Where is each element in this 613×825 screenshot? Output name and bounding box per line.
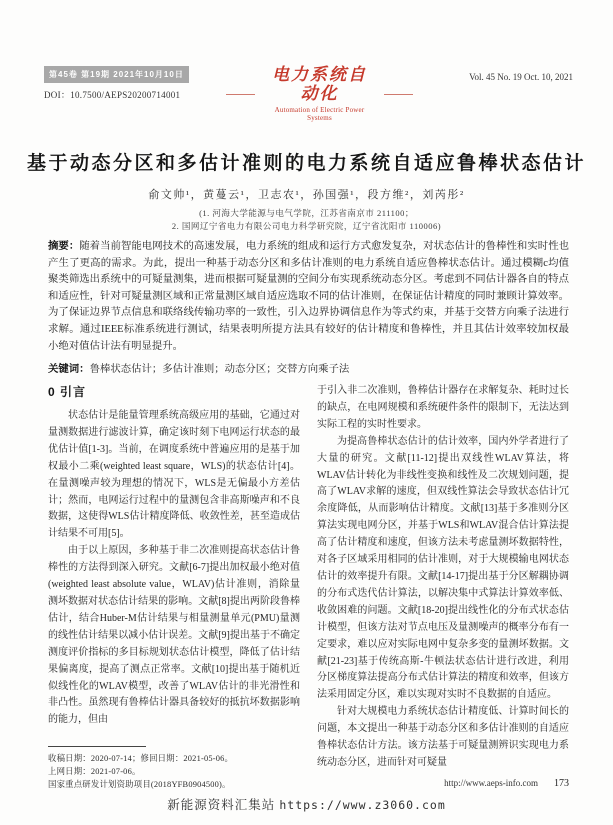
abstract-paragraph: 摘要：随着当前智能电网技术的高速发展，电力系统的组成和运行方式愈发复杂，对状态估… (48, 239, 569, 355)
journal-title-en: Automation of Electric Power Systems (263, 106, 376, 122)
journal-masthead: 电力系统自动化 Automation of Electric Power Sys… (226, 66, 413, 122)
footnote-funding: 国家重点研发计划资助项目(2018YFB0904500)。 (48, 778, 300, 791)
body-paragraph: 为提高鲁棒状态估计的估计效率，国内外学者进行了大量的研究。文献[11-12]提出… (317, 434, 569, 705)
body-columns: 0 引言 状态估计是能量管理系统高级应用的基础，它通过对量测数据进行滤波计算，确… (48, 383, 569, 791)
abstract-label: 摘要： (48, 241, 79, 252)
affiliation-2: 2. 国网辽宁省电力有限公司电力科学研究院，辽宁省沈阳市 110006) (0, 220, 613, 232)
keywords-text: 鲁棒状态估计；多估计准则；动态分区；交替方向乘子法 (90, 364, 350, 375)
abstract-block: 摘要：随着当前智能电网技术的高速发展，电力系统的组成和运行方式愈发复杂，对状态估… (48, 239, 569, 379)
journal-header: 第45卷 第19期 2021年10月10日 DOI：10.7500/AEPS20… (44, 64, 573, 122)
volume-info: Vol. 45 No. 19 Oct. 10, 2021 (413, 72, 573, 82)
footnote-block: 收稿日期：2020-07-14；修回日期：2021-05-06。 上网日期：20… (48, 746, 300, 791)
body-paragraph: 于引入非二次准则，鲁棒估计器存在求解复杂、耗时过长的缺点，在电网规模和系统硬件条… (317, 383, 569, 434)
footnote-online-date: 上网日期：2021-07-06。 (48, 765, 300, 778)
author-list: 俞文帅¹，黄蔓云¹，卫志农¹，孙国强¹，段方维²，刘芮彤² (0, 186, 613, 202)
watermark-url-link[interactable]: https://www.z3060.com (279, 798, 445, 812)
masthead-rule-left (226, 94, 255, 95)
journal-title-cn: 电力系统自动化 (263, 66, 376, 103)
footnote-rule (48, 746, 146, 747)
keywords-line: 关键词：鲁棒状态估计；多估计准则；动态分区；交替方向乘子法 (48, 362, 569, 379)
keywords-label: 关键词： (48, 364, 90, 375)
journal-url-link[interactable]: http://www.aeps-info.com (444, 778, 538, 788)
abstract-text: 随着当前智能电网技术的高速发展，电力系统的组成和运行方式愈发复杂，对状态估计的鲁… (48, 241, 569, 352)
paper-page: 第45卷 第19期 2021年10月10日 DOI：10.7500/AEPS20… (0, 0, 613, 825)
affiliation-1: (1. 河海大学能源与电气学院，江苏省南京市 211100； (0, 207, 613, 219)
body-paragraph: 针对大规模电力系统状态估计精度低、计算时间长的问题，本文提出一种基于动态分区和多… (317, 704, 569, 772)
left-column: 0 引言 状态估计是能量管理系统高级应用的基础，它通过对量测数据进行滤波计算，确… (48, 383, 300, 791)
right-column: 于引入非二次准则，鲁棒估计器存在求解复杂、耗时过长的缺点，在电网规模和系统硬件条… (317, 383, 569, 773)
title-block: 基于动态分区和多估计准则的电力系统自适应鲁棒状态估计 俞文帅¹，黄蔓云¹，卫志农… (0, 148, 613, 232)
doi: DOI：10.7500/AEPS20200714001 (44, 88, 226, 101)
left-column-text: 0 引言 状态估计是能量管理系统高级应用的基础，它通过对量测数据进行滤波计算，确… (48, 383, 300, 742)
page-number: 173 (554, 778, 569, 789)
body-paragraph: 由于以上原因，多种基于非二次准则提高状态估计鲁棒性的方法得到深入研究。文献[6-… (48, 543, 300, 729)
article-title: 基于动态分区和多估计准则的电力系统自适应鲁棒状态估计 (0, 148, 613, 175)
watermark: 新能源资料汇集站 https://www.z3060.com (0, 795, 613, 813)
masthead-rule-right (384, 94, 413, 95)
body-paragraph: 状态估计是能量管理系统高级应用的基础，它通过对量测数据进行滤波计算，确定该时刻下… (48, 408, 300, 543)
section-heading-introduction: 0 引言 (48, 383, 300, 400)
watermark-site-name: 新能源资料汇集站 (167, 798, 275, 812)
header-left: 第45卷 第19期 2021年10月10日 DOI：10.7500/AEPS20… (44, 64, 226, 101)
page-footer: http://www.aeps-info.com 173 (444, 778, 569, 789)
issue-banner: 第45卷 第19期 2021年10月10日 (44, 66, 189, 83)
footnote-dates: 收稿日期：2020-07-14；修回日期：2021-05-06。 (48, 752, 300, 765)
journal-titles: 电力系统自动化 Automation of Electric Power Sys… (263, 66, 376, 122)
